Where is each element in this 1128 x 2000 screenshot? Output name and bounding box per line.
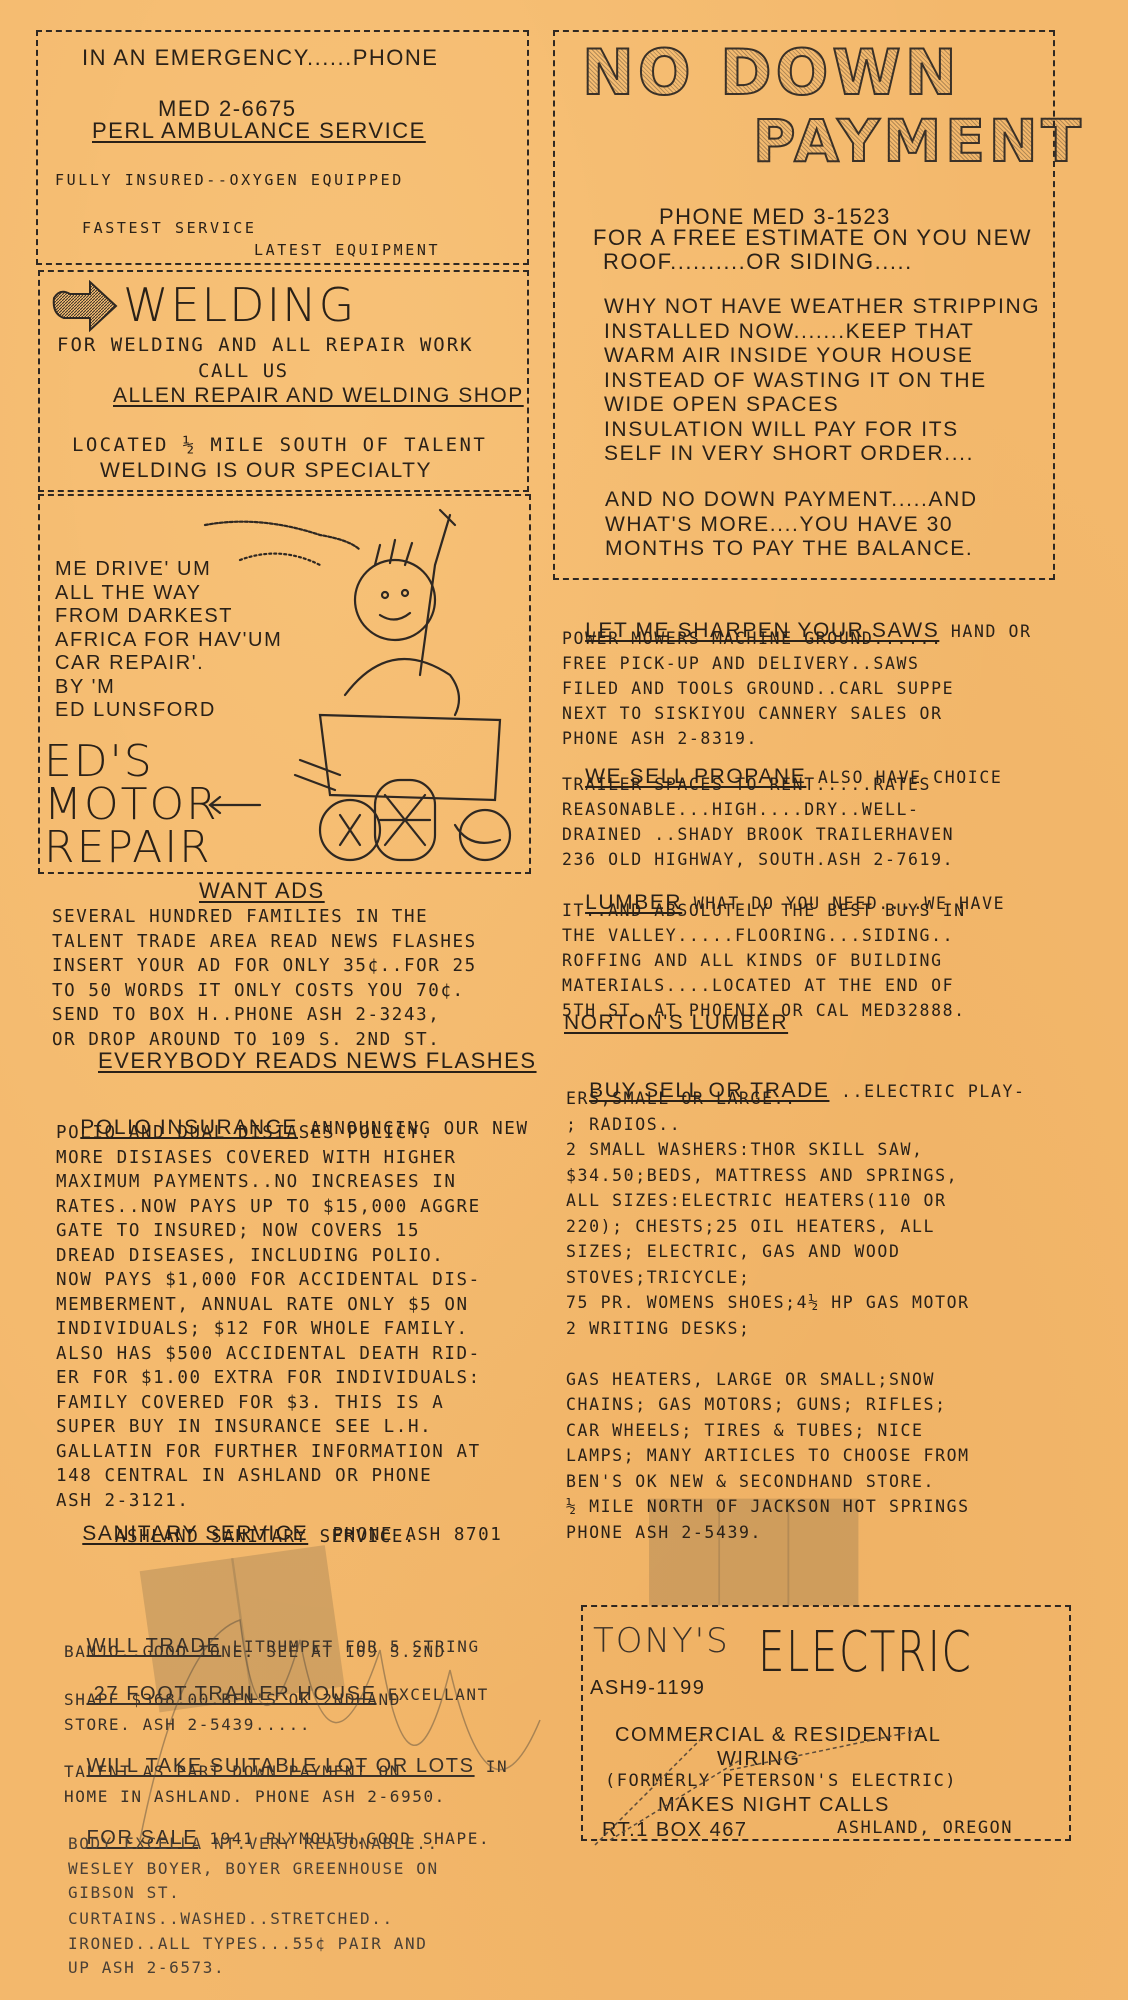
motor-title-1: ED'S	[44, 740, 154, 784]
propane-body: TRAILER SPACES TO RENT.....RATES REASONA…	[562, 772, 954, 872]
down-payment-line1: FOR A FREE ESTIMATE ON YOU NEW	[593, 227, 1032, 249]
down-payment-closing: AND NO DOWN PAYMENT.....AND WHAT'S MORE.…	[605, 488, 978, 562]
electric-name: TONY'S	[593, 1624, 730, 1658]
polio-body: POLIO AND DUAL DISIASES POLICY. MORE DIS…	[56, 1121, 481, 1513]
motor-title-3: REPAIR	[44, 826, 212, 870]
down-payment-headline-2: PAYMENT	[753, 112, 1085, 170]
want-ads-heading: WANT ADS	[199, 880, 325, 902]
want-ads-tagline: EVERYBODY READS NEWS FLASHES	[98, 1050, 537, 1072]
ambulance-phone: MED 2-6675	[158, 98, 297, 120]
ambulance-line5: LATEST EQUIPMENT	[254, 243, 440, 258]
welding-line1: FOR WELDING AND ALL REPAIR WORK	[57, 336, 474, 355]
pencil-scribble	[120, 1580, 570, 1920]
ambulance-line4: FASTEST SERVICE	[82, 221, 256, 236]
motor-title-2: MOTOR	[44, 783, 219, 827]
cartoon-driver-illustration	[200, 505, 525, 870]
saws-body: POWER MOWERS MACHINE GROUND...... FREE P…	[562, 626, 954, 751]
welding-shop-name: ALLEN REPAIR AND WELDING SHOP	[113, 385, 524, 406]
want-ads-body: SEVERAL HUNDRED FAMILIES IN THE TALENT T…	[52, 905, 477, 1052]
electric-headline: ELECTRIC	[758, 1625, 972, 1681]
welding-line3: LOCATED ½ MILE SOUTH OF TALENT	[72, 436, 487, 455]
welding-headline: WELDING	[123, 282, 356, 328]
down-payment-line2: ROOF..........OR SIDING.....	[603, 251, 913, 273]
ambulance-line1: IN AN EMERGENCY......PHONE	[82, 47, 438, 69]
lumber-signature: NORTON'S LUMBER	[564, 1012, 788, 1033]
electric-phone: ASH9-1199	[590, 1678, 705, 1698]
welding-line2: CALL US	[198, 362, 289, 381]
down-payment-headline-1: NO DOWN	[582, 42, 961, 104]
ambulance-line3: FULLY INSURED--OXYGEN EQUIPPED	[55, 173, 404, 188]
lumber-body: IT..AND ABSOLUTELY THE BEST BUYS IN THE …	[562, 898, 966, 1023]
welding-line4: WELDING IS OUR SPECIALTY	[100, 460, 432, 481]
trade-body: ERS,SMALL OR LARGE.. ; RADIOS.. 2 SMALL …	[566, 1086, 970, 1545]
ambulance-name: PERL AMBULANCE SERVICE	[92, 120, 426, 142]
down-payment-body: WHY NOT HAVE WEATHER STRIPPING INSTALLED…	[604, 295, 1040, 467]
sanitary-name: ASHLAND SANITARY SERVICE.	[115, 1529, 416, 1547]
arrow-right-icon	[50, 280, 120, 334]
pencil-scribble	[590, 1700, 990, 1850]
